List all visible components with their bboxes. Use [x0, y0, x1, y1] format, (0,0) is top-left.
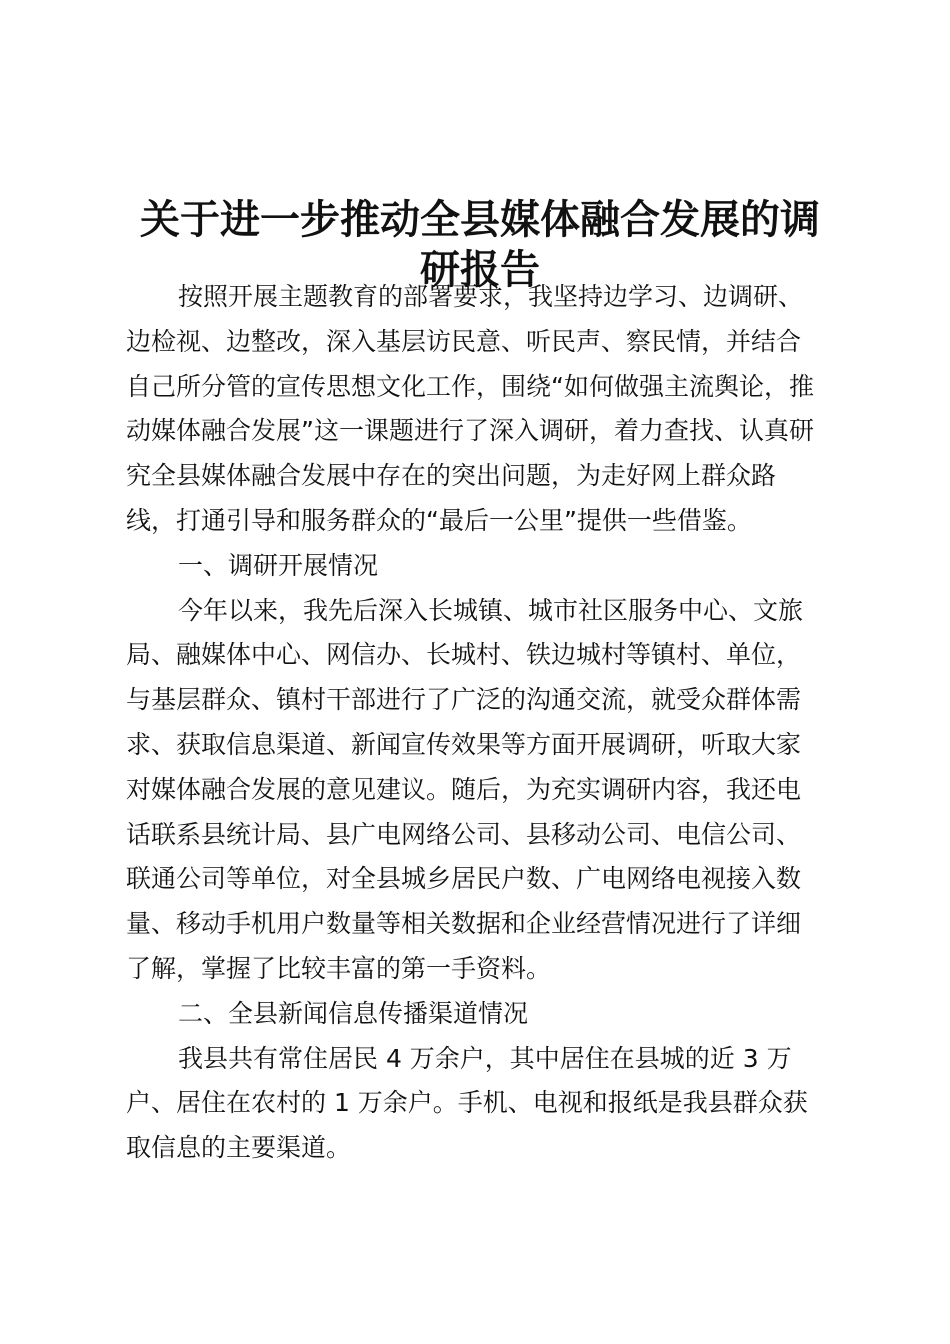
section-heading-1: 一、调研开展情况: [126, 544, 846, 589]
paragraph-line: 了解，掌握了比较丰富的第一手资料。: [126, 947, 846, 992]
paragraph-line: 今年以来，我先后深入长城镇、城市社区服务中心、文旅: [126, 589, 846, 634]
paragraph-line: 自己所分管的宣传思想文化工作，围绕“如何做强主流舆论，推: [126, 365, 846, 410]
paragraph-line: 按照开展主题教育的部署要求，我坚持边学习、边调研、: [126, 275, 846, 320]
document-body: 按照开展主题教育的部署要求，我坚持边学习、边调研、 边检视、边整改，深入基层访民…: [126, 275, 846, 1171]
section-heading-2: 二、全县新闻信息传播渠道情况: [126, 992, 846, 1037]
section-heading-text: 一、调研开展情况: [126, 544, 846, 589]
paragraph-line: 量、移动手机用户数量等相关数据和企业经营情况进行了详细: [126, 902, 846, 947]
paragraph-line: 局、融媒体中心、网信办、长城村、铁边城村等镇村、单位，: [126, 633, 846, 678]
title-line-1: 关于进一步推动全县媒体融合发展的调: [120, 195, 840, 245]
paragraph-line: 联通公司等单位，对全县城乡居民户数、广电网络电视接入数: [126, 857, 846, 902]
paragraph-line: 我县共有常住居民 4 万余户，其中居住在县城的近 3 万: [126, 1037, 846, 1082]
document-page: 关于进一步推动全县媒体融合发展的调 研报告 按照开展主题教育的部署要求，我坚持边…: [0, 0, 950, 1344]
paragraph-line: 与基层群众、镇村干部进行了广泛的沟通交流，就受众群体需: [126, 678, 846, 723]
paragraph-line: 线，打通引导和服务群众的“最后一公里”提供一些借鉴。: [126, 499, 846, 544]
paragraph-line: 边检视、边整改，深入基层访民意、听民声、察民情，并结合: [126, 320, 846, 365]
intro-paragraph: 按照开展主题教育的部署要求，我坚持边学习、边调研、 边检视、边整改，深入基层访民…: [126, 275, 846, 544]
paragraph-line: 话联系县统计局、县广电网络公司、县移动公司、电信公司、: [126, 813, 846, 858]
paragraph-line: 究全县媒体融合发展中存在的突出问题，为走好网上群众路: [126, 454, 846, 499]
paragraph-line: 取信息的主要渠道。: [126, 1126, 846, 1171]
channels-paragraph: 我县共有常住居民 4 万余户，其中居住在县城的近 3 万 户、居住在农村的 1 …: [126, 1037, 846, 1171]
research-paragraph: 今年以来，我先后深入长城镇、城市社区服务中心、文旅 局、融媒体中心、网信办、长城…: [126, 589, 846, 992]
paragraph-line: 对媒体融合发展的意见建议。随后，为充实调研内容，我还电: [126, 768, 846, 813]
paragraph-line: 户、居住在农村的 1 万余户。手机、电视和报纸是我县群众获: [126, 1081, 846, 1126]
section-heading-text: 二、全县新闻信息传播渠道情况: [126, 992, 846, 1037]
paragraph-line: 求、获取信息渠道、新闻宣传效果等方面开展调研，听取大家: [126, 723, 846, 768]
paragraph-line: 动媒体融合发展”这一课题进行了深入调研，着力查找、认真研: [126, 409, 846, 454]
